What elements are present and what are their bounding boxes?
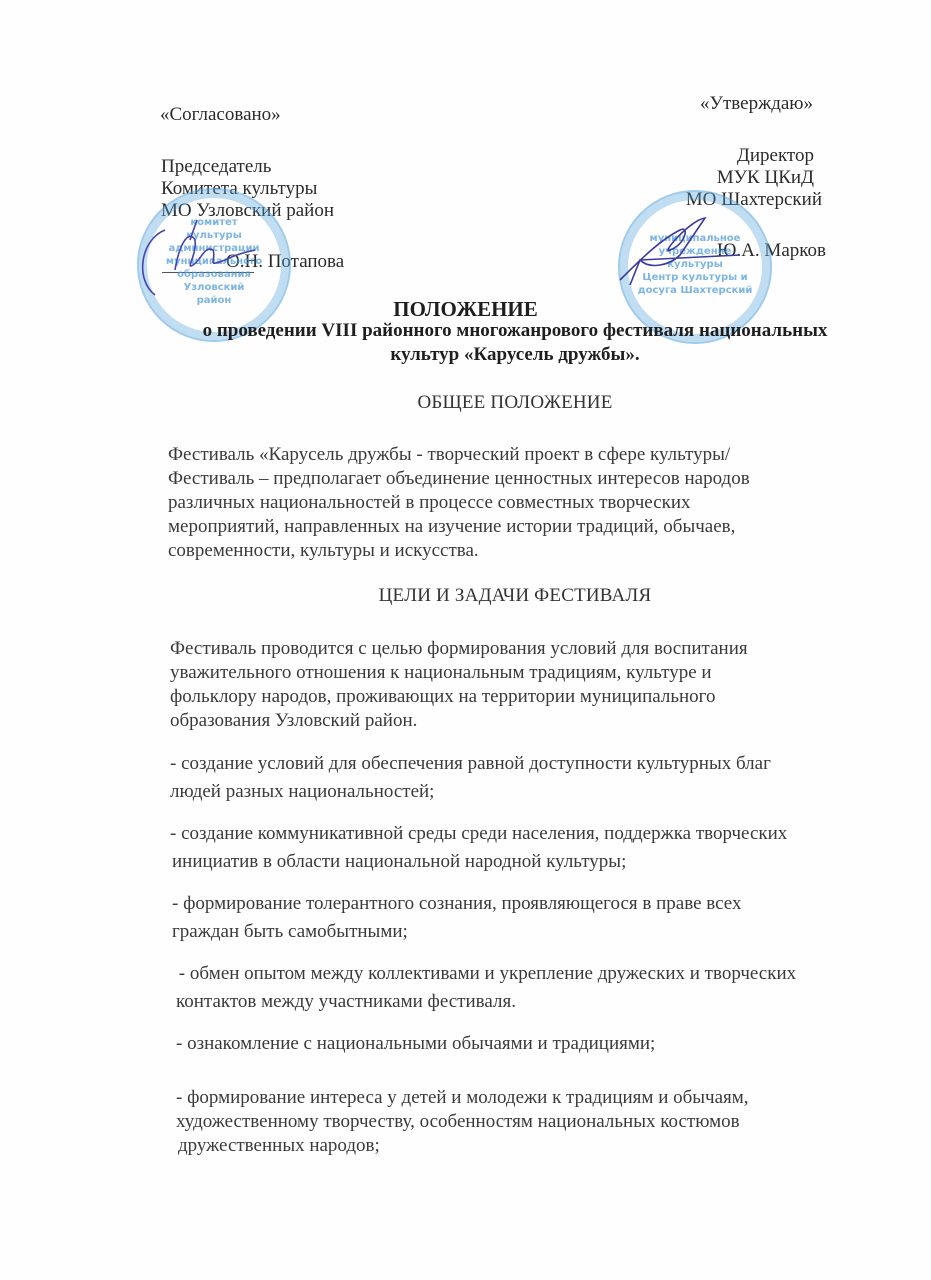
paragraph-line: современности, культуры и искусства. [168,539,479,563]
section-heading-goals: ЦЕЛИ И ЗАДАЧИ ФЕСТИВАЛЯ [0,585,931,607]
goals-list-item-cont: контактов между участниками фестиваля. [176,990,516,1014]
approval-right-position: Директор [737,145,814,167]
goals-list-item-cont: граждан быть самобытными; [172,920,408,944]
document-subtitle-line1: о проведении VIII районного многожанрово… [0,320,931,342]
document-title: ПОЛОЖЕНИЕ [0,297,931,322]
approval-right-heading: «Утверждаю» [700,93,813,115]
goals-list-item-cont: инициатив в области национальной народно… [172,850,626,874]
approval-left-heading: «Согласовано» [160,104,281,126]
section-heading-general: ОБЩЕЕ ПОЛОЖЕНИЕ [0,392,931,414]
paragraph-line: различных национальностей в процессе сов… [168,491,691,515]
goals-list-item: - ознакомление с национальными обычаями … [176,1032,655,1056]
goals-list-item-cont: людей разных национальностей; [170,780,434,804]
paragraph-line: Фестиваль «Карусель дружбы - творческий … [168,443,730,467]
goals-list-item-cont: художественному творчеству, особенностям… [176,1110,740,1134]
goals-list-item: - формирование интереса у детей и молоде… [176,1086,749,1110]
paragraph-line: Фестиваль проводится с целью формировани… [170,637,748,661]
goals-list-item-cont: дружественных народов; [178,1134,380,1158]
document-subtitle-line2: культур «Карусель дружбы». [0,344,931,366]
approval-left-position: Председатель [161,156,271,178]
goals-list-item: - обмен опытом между коллективами и укре… [174,962,796,986]
paragraph-line: мероприятий, направленных на изучение ис… [168,515,735,539]
document-page: «Согласовано» Председатель Комитета куль… [0,0,931,1280]
paragraph-line: Фестиваль – предполагает объединение цен… [168,467,750,491]
signature-right-icon [610,210,750,290]
signature-left-icon [135,210,265,300]
paragraph-line: уважительного отношения к национальным т… [170,661,712,685]
goals-list-item: - создание коммуникативной среды среди н… [170,822,787,846]
approval-right-org: МУК ЦКиД [717,167,814,189]
paragraph-line: фольклору народов, проживающих на террит… [170,685,716,709]
paragraph-line: образования Узловский район. [170,709,417,733]
goals-list-item: - создание условий для обеспечения равно… [170,752,771,776]
goals-list-item: - формирование толерантного сознания, пр… [172,892,741,916]
